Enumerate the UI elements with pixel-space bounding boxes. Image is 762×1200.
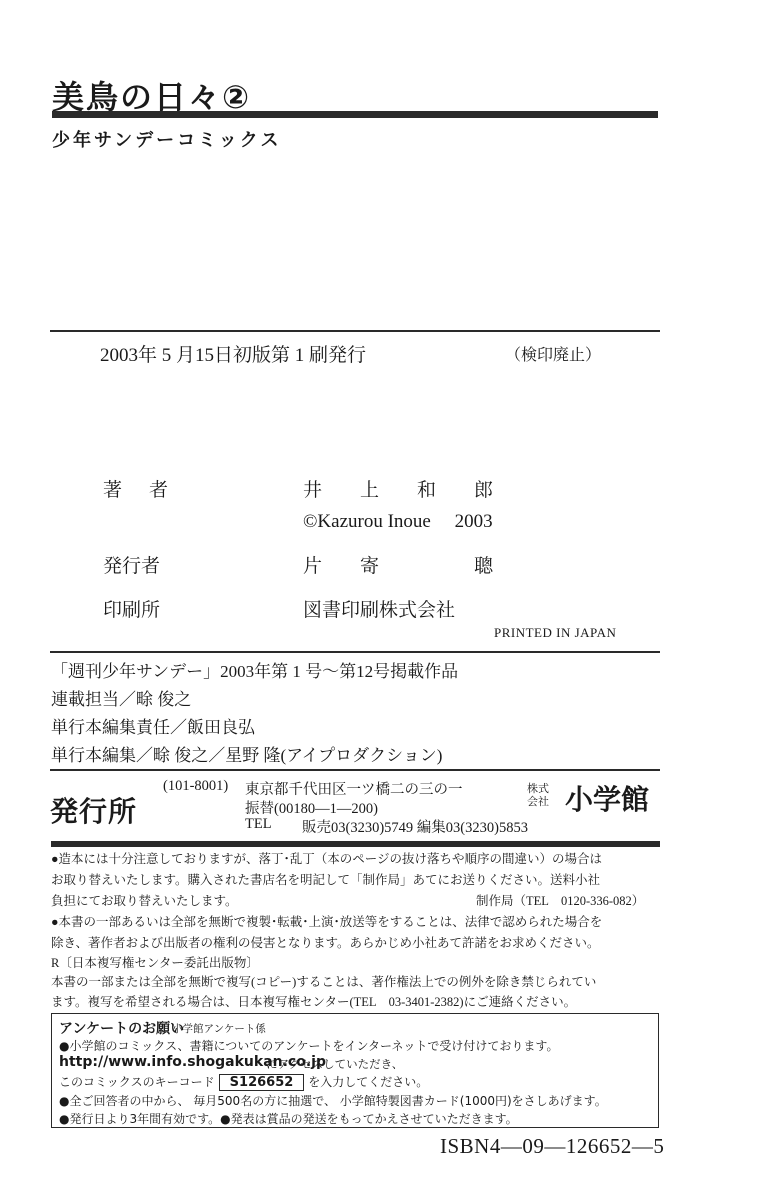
notice-line: ます。複写を希望される場合は、日本複写権センター(TEL 03-3401-238… [51, 992, 576, 1010]
survey-key-line: このコミックスのキーコードS126652を入力してください。 [59, 1073, 428, 1091]
notice-line-jrrc: R〔日本複写権センター委託出版物〕 [51, 953, 259, 971]
survey-dept: 小学館アンケート係 [172, 1021, 266, 1036]
notice-line: ●造本には十分注意しておりますが、落丁･乱丁（本のページの抜け落ちや順序の間違い… [51, 849, 602, 867]
corp-type-line-2: 会社 [527, 795, 549, 808]
notice-line: お取り替えいたします。購入された書店名を明記して「制作局」あてにお送りください。… [51, 870, 600, 888]
printed-in-japan: PRINTED IN JAPAN [494, 625, 616, 641]
survey-key-prefix: このコミックスのキーコード [59, 1075, 215, 1089]
printer-name: 図書印刷株式会社 [303, 595, 455, 622]
edition-date: 2003年 5 月15日初版第 1 刷発行 [100, 340, 366, 367]
publisher-tel-label: TEL [245, 816, 272, 833]
title-thick-rule [52, 111, 658, 118]
series-name: 少年サンデーコミックス [52, 126, 282, 152]
notice-line: 本書の一部または全部を無断で複写(コピー)することは、著作権法上での例外を除き禁… [51, 972, 596, 990]
notice-line: 負担にてお取り替えいたします。 [51, 891, 238, 909]
key-code-box: S126652 [219, 1074, 305, 1091]
survey-line-prize: ●全ご回答者の中から、 毎月500名の方に抽選で、 小学館特製図書カード(100… [59, 1092, 607, 1109]
survey-key-suffix: を入力してください。 [308, 1075, 428, 1089]
edition-top-rule [50, 330, 660, 332]
serial-line-tankobon-editors: 単行本編集／畭 俊之／星野 隆(アイプロダクション) [51, 741, 442, 766]
printer-label: 印刷所 [103, 595, 160, 622]
serial-top-rule [50, 651, 660, 653]
serial-line-editor: 連載担当／畭 俊之 [51, 685, 191, 710]
publisher-transfer: 振替(00180―1―200) [245, 797, 378, 818]
publisher-name: 小学館 [565, 778, 649, 818]
survey-url-suffix: にアクセスしていただき、 [266, 1056, 403, 1072]
isbn: ISBN4―09―126652―5 [440, 1134, 664, 1159]
survey-line-validity: ●発行日より3年間有効です。●発表は賞品の発送をもってかえさせていただきます。 [59, 1110, 518, 1127]
corp-type: 株式 会社 [527, 782, 549, 808]
serial-line-chief-editor: 単行本編集責任／飯田良弘 [51, 713, 255, 738]
publisher-thick-rule [51, 841, 660, 847]
publisher-postal: (101-8001) [163, 778, 228, 795]
author-name: 井 上 和 郎 [303, 475, 493, 502]
issuer-label: 発行者 [103, 551, 160, 578]
issuer-name: 片 寄 聰 [303, 551, 493, 578]
serial-line-magazine: 「週刊少年サンデー」2003年第 1 号～第12号掲載作品 [51, 657, 458, 682]
notice-line: ●本書の一部あるいは全部を無断で複製･転載･上演･放送等をすることは、法律で認め… [51, 912, 602, 930]
production-contact: 制作局（TEL 0120-336-082） [476, 891, 644, 909]
corp-type-line-1: 株式 [527, 782, 549, 795]
publisher-address: 東京都千代田区一ツ橋二の三の一 [245, 778, 463, 799]
serial-bottom-rule [50, 769, 660, 771]
survey-line-intro: ●小学館のコミックス、書籍についてのアンケートをインターネットで受け付けておりま… [59, 1037, 558, 1054]
notice-line: 除き、著作者および出版者の権利の侵害となります。あらかじめ小社あて許諾をお求めく… [51, 933, 600, 951]
survey-heading: アンケートのお願い [59, 1018, 184, 1038]
author-label: 著 者 [103, 475, 172, 502]
seal-note: （検印廃止） [505, 342, 601, 365]
copyright-line: ©Kazurou Inoue 2003 [303, 506, 493, 533]
publisher-label: 発行所 [50, 790, 137, 830]
publisher-tel-numbers: 販売03(3230)5749 編集03(3230)5853 [302, 816, 528, 837]
